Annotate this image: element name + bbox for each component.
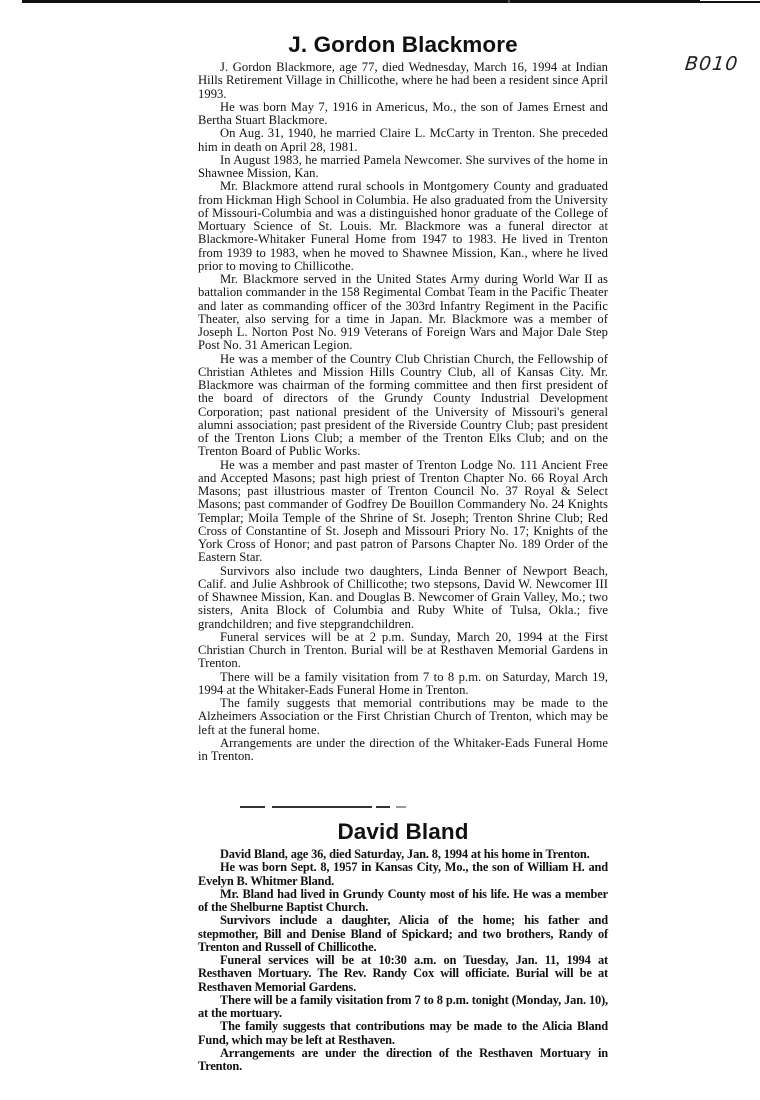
- paragraph: Mr. Blackmore served in the United State…: [198, 273, 608, 353]
- paragraph: The family suggests that memorial contri…: [198, 697, 608, 737]
- paragraph: Mr. Blackmore attend rural schools in Mo…: [198, 180, 608, 273]
- obituary-headline: David Bland: [198, 819, 608, 845]
- scan-top-border: [0, 0, 760, 3]
- handwritten-archive-code: B010: [684, 53, 740, 75]
- paragraph: He was born Sept. 8, 1957 in Kansas City…: [198, 861, 608, 888]
- obituary-headline: J. Gordon Blackmore: [198, 32, 608, 58]
- paragraph: In August 1983, he married Pamela Newcom…: [198, 154, 608, 181]
- paragraph: Arrangements are under the direction of …: [198, 737, 608, 764]
- paragraph: The family suggests that contributions m…: [198, 1020, 608, 1047]
- obituary-body: David Bland, age 36, died Saturday, Jan.…: [198, 848, 608, 1073]
- paragraph: Survivors also include two daughters, Li…: [198, 565, 608, 631]
- obituary-bland: David Bland David Bland, age 36, died Sa…: [198, 819, 608, 1073]
- paragraph: Funeral services will be at 2 p.m. Sunda…: [198, 631, 608, 671]
- paragraph: There will be a family visitation from 7…: [198, 994, 608, 1021]
- paragraph: He was born May 7, 1916 in Americus, Mo.…: [198, 101, 608, 128]
- paragraph: There will be a family visitation from 7…: [198, 671, 608, 698]
- paragraph: He was a member of the Country Club Chri…: [198, 353, 608, 459]
- obituary-blackmore: J. Gordon Blackmore J. Gordon Blackmore,…: [198, 32, 608, 763]
- paragraph: Arrangements are under the direction of …: [198, 1047, 608, 1074]
- obituary-body: J. Gordon Blackmore, age 77, died Wednes…: [198, 61, 608, 763]
- paragraph: Survivors include a daughter, Alicia of …: [198, 914, 608, 954]
- paragraph: Mr. Bland had lived in Grundy County mos…: [198, 888, 608, 915]
- paragraph: J. Gordon Blackmore, age 77, died Wednes…: [198, 61, 608, 101]
- paragraph: Funeral services will be at 10:30 a.m. o…: [198, 954, 608, 994]
- section-divider: [230, 806, 420, 808]
- paragraph: David Bland, age 36, died Saturday, Jan.…: [198, 848, 608, 861]
- paragraph: He was a member and past master of Trent…: [198, 459, 608, 565]
- paragraph: On Aug. 31, 1940, he married Claire L. M…: [198, 127, 608, 154]
